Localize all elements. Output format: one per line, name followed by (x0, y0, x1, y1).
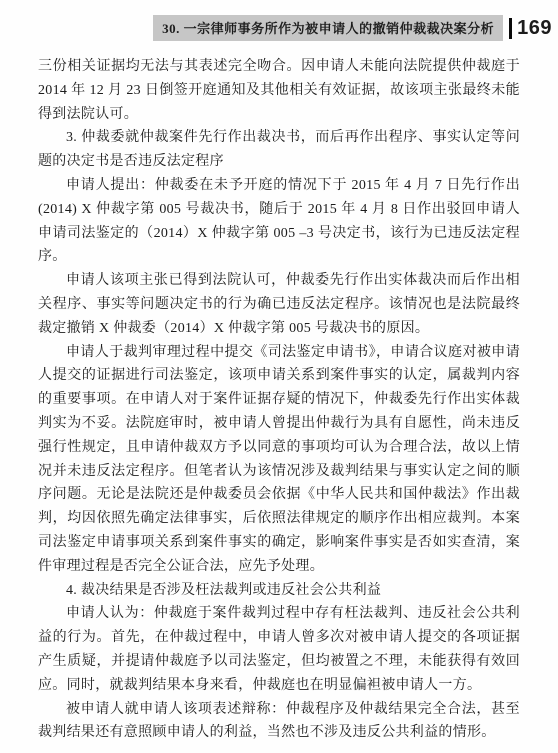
body-paragraphs: 三份相关证据均无法与其表述完全吻合。因申请人未能向法院提供仲裁庭于 2014 年… (38, 55, 520, 745)
paragraph: 申请人该项主张已得到法院认可，仲裁委先行作出实体裁决而后作出相关程序、事实等问题… (38, 269, 520, 340)
paragraph: 被申请人就申请人该项表述辩称：仲裁程序及仲裁结果完全合法，甚至裁判结果还有意照顾… (38, 698, 520, 746)
paragraph: 申请人提出：仲裁委在未予开庭的情况下于 2015 年 4 月 7 日先行作出 (… (38, 174, 520, 269)
running-header: 30. 一宗律师事务所作为被申请人的撤销仲裁裁决案分析 169 (153, 15, 552, 41)
paragraph: 申请人认为：仲裁庭于案件裁判过程中存有枉法裁判、违反社会公共利益的行为。首先，在… (38, 602, 520, 697)
paragraph: 3. 仲裁委就仲裁案件先行作出裁决书，而后再作出程序、事实认定等问题的决定书是否… (38, 126, 520, 174)
header-divider (509, 18, 512, 39)
paragraph: 4. 裁决结果是否涉及枉法裁判或违反社会公共利益 (38, 579, 520, 603)
chapter-title: 30. 一宗律师事务所作为被申请人的撤销仲裁裁决案分析 (153, 15, 503, 41)
paragraph: 申请人于裁判审理过程中提交《司法鉴定申请书》，申请合议庭对被申请人提交的证据进行… (38, 341, 520, 579)
page-number: 169 (517, 18, 552, 39)
book-page: 30. 一宗律师事务所作为被申请人的撤销仲裁裁决案分析 169 三份相关证据均无… (0, 0, 558, 753)
paragraph: 三份相关证据均无法与其表述完全吻合。因申请人未能向法院提供仲裁庭于 2014 年… (38, 55, 520, 126)
